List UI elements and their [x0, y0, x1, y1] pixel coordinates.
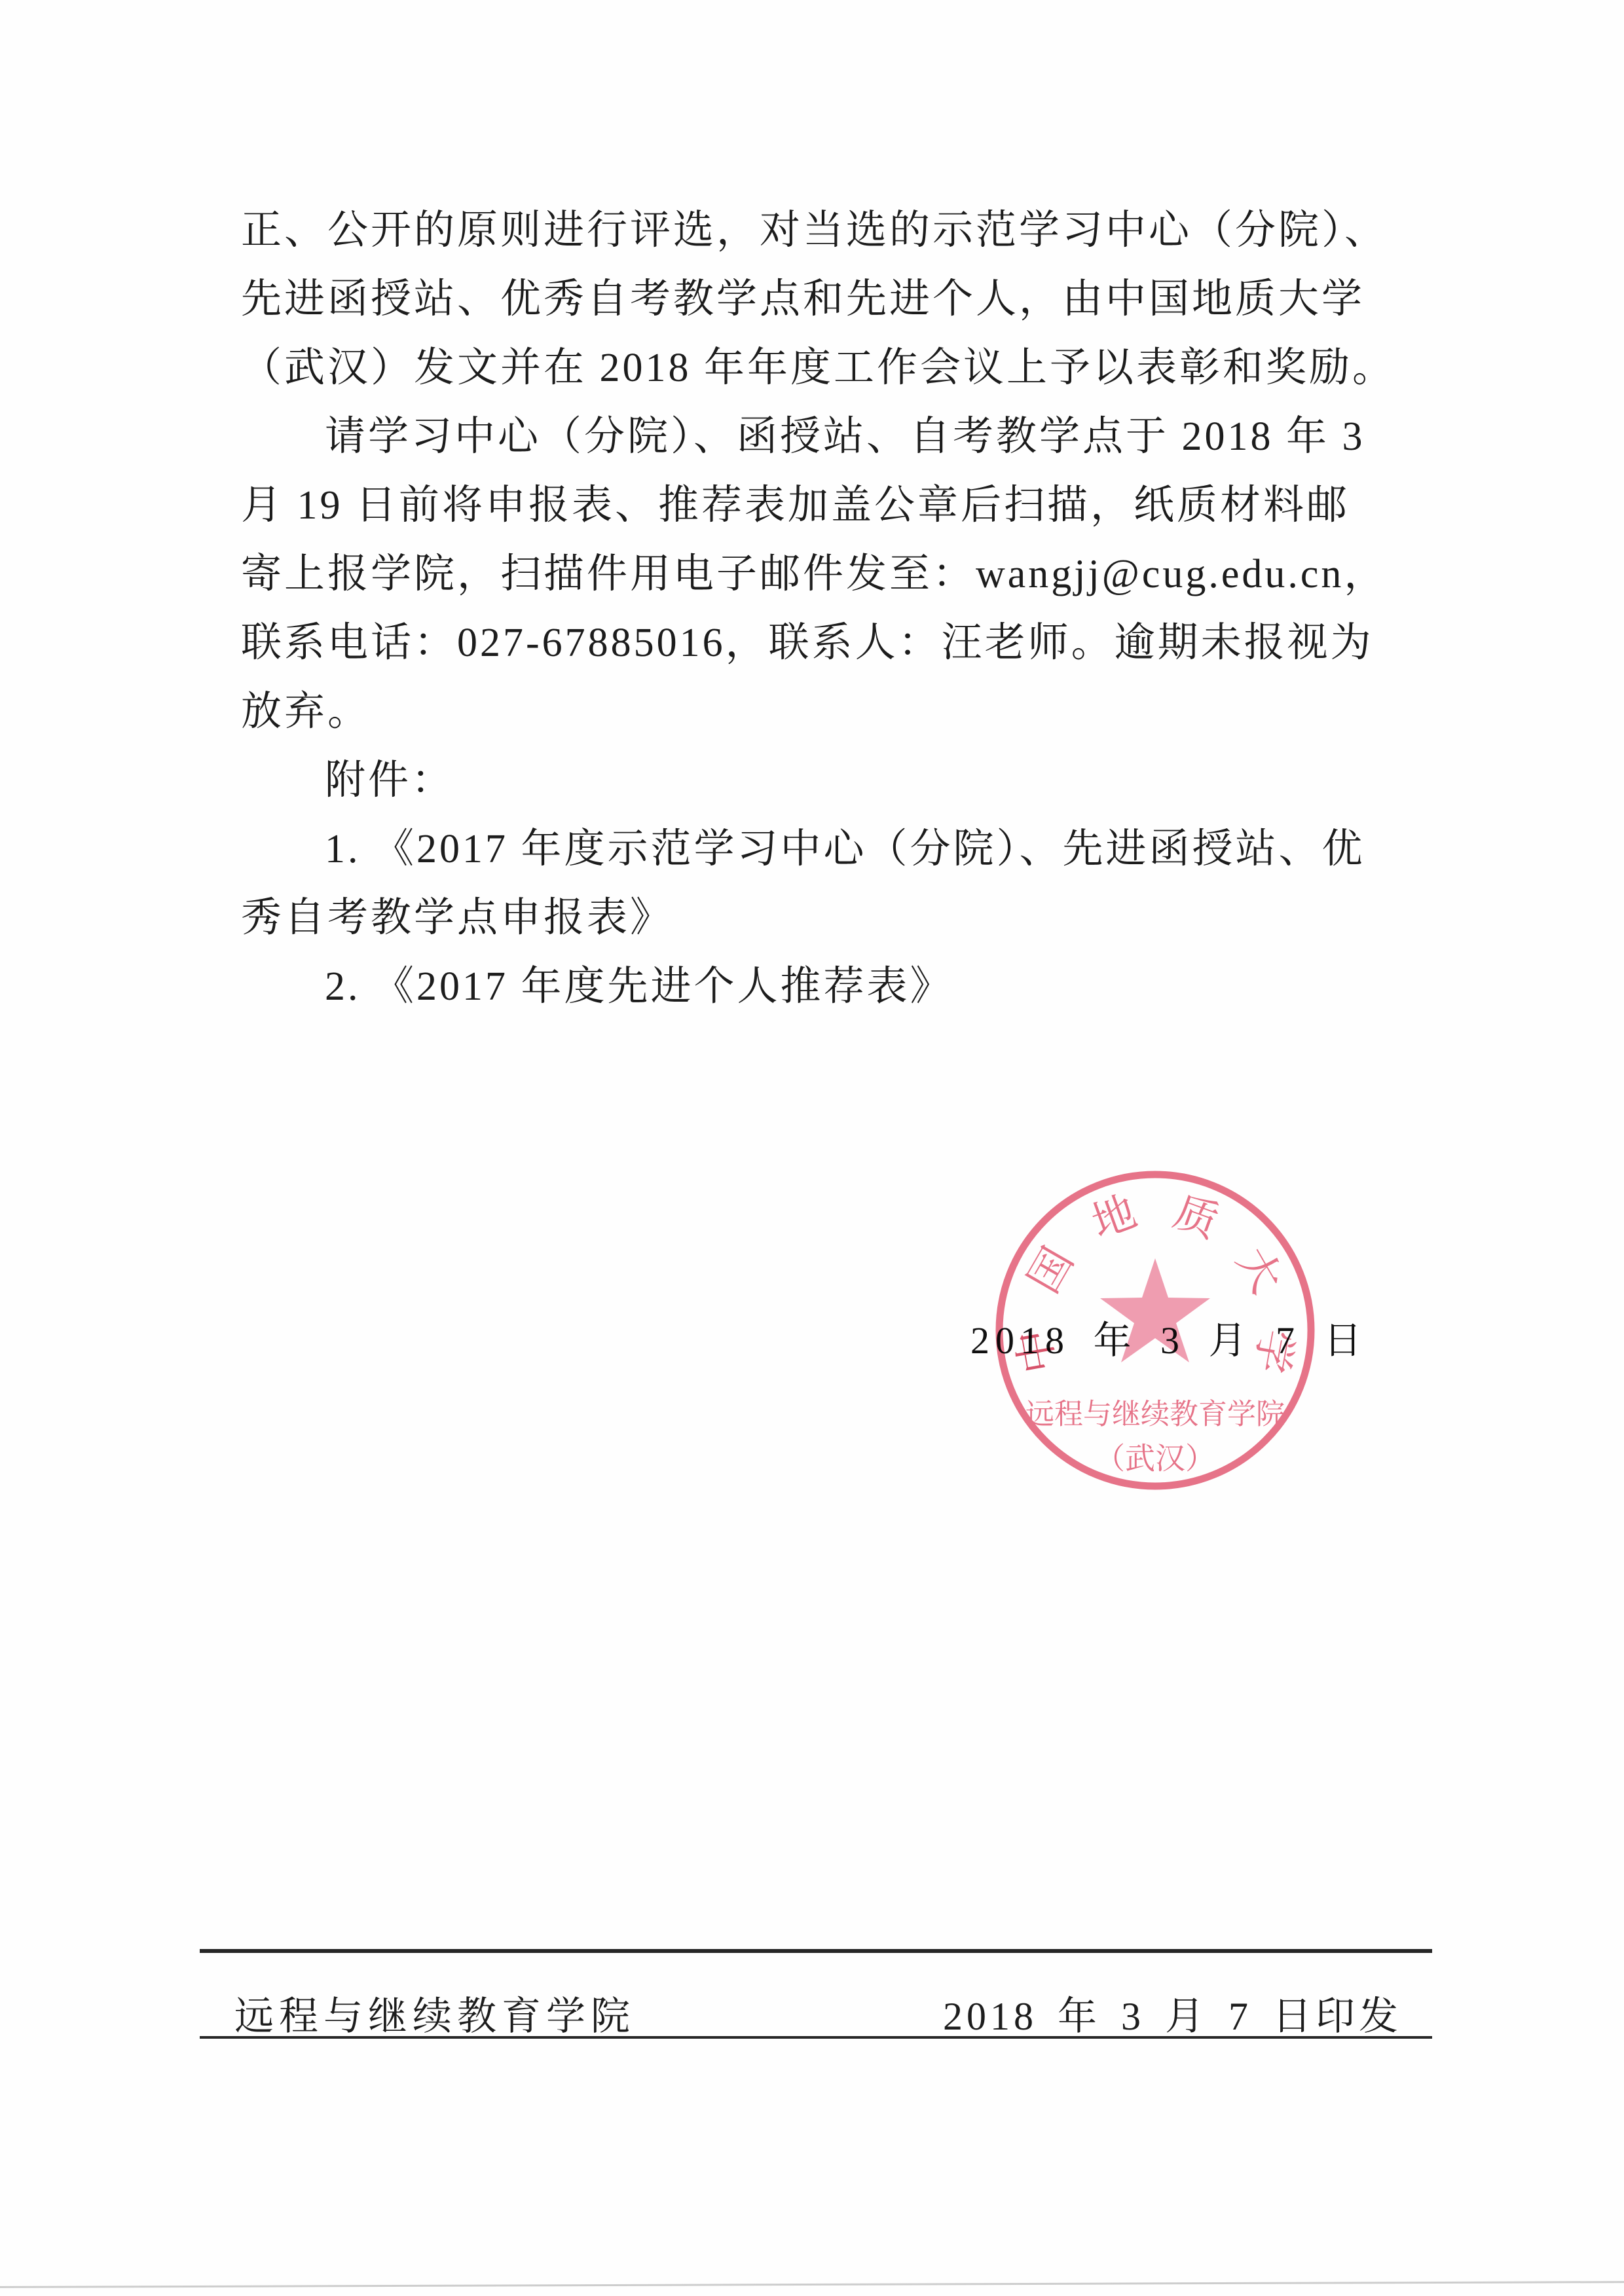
body-line: 正、公开的原则进行评选，对当选的示范学习中心（分院）、 — [241, 196, 1407, 265]
stamp-campus-name: （武汉） — [1095, 1442, 1215, 1476]
body-line: 寄上报学院，扫描件用电子邮件发至：wangjj@cug.edu.cn， — [241, 540, 1407, 609]
body-line: 放弃。 — [241, 678, 1407, 746]
scan-artifact-line — [0, 2281, 1624, 2288]
body-line: 2. 《2017 年度先进个人推荐表》 — [241, 953, 1407, 1021]
footer-issuer: 远程与继续教育学院 — [234, 1985, 635, 2041]
stamp-arc-char: 地 — [1086, 1188, 1143, 1247]
body-line: （武汉）发文并在 2018 年年度工作会议上予以表彰和奖励。 — [241, 334, 1407, 403]
body-line: 月 19 日前将申报表、推荐表加盖公章后扫描，纸质材料邮 — [241, 471, 1407, 540]
body-line: 先进函授站、优秀自考教学点和先进个人，由中国地质大学 — [241, 265, 1407, 334]
stamp-arc-char: 质 — [1168, 1188, 1225, 1247]
footer-divider-bottom — [200, 2036, 1432, 2039]
footer-print-date: 2018 年 3 月 7 日印发 — [943, 1985, 1375, 2041]
stamp-arc-char: 国 — [1020, 1240, 1082, 1302]
body-line: 联系电话：027-67885016，联系人：汪老师。逾期未报视为 — [241, 609, 1407, 678]
issue-date: 2018 年 3 月 7 日 — [970, 1309, 1368, 1364]
stamp-arc-char: 大 — [1227, 1240, 1290, 1302]
body-line: 秀自考教学点申报表》 — [241, 884, 1407, 953]
document-page: 正、公开的原则进行评选，对当选的示范学习中心（分院）、先进函授站、优秀自考教学点… — [0, 0, 1624, 2296]
document-body: 正、公开的原则进行评选，对当选的示范学习中心（分院）、先进函授站、优秀自考教学点… — [241, 196, 1407, 1021]
body-line: 1. 《2017 年度示范学习中心（分院）、先进函授站、优 — [241, 815, 1407, 884]
stamp-college-name: 远程与继续教育学院 — [1025, 1398, 1285, 1430]
footer-divider-top — [200, 1949, 1432, 1953]
body-line: 请学习中心（分院）、函授站、自考教学点于 2018 年 3 — [241, 403, 1407, 471]
body-line: 附件： — [241, 746, 1407, 815]
